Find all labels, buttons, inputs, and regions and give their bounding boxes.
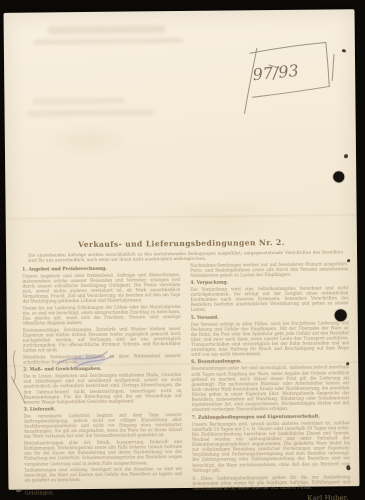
- signature-name: Karl Huber.: [193, 494, 351, 500]
- right-sections: 4. Verpackung.Die Verpackung wird zum Se…: [190, 279, 350, 491]
- terms-section: 5. Versand.Der Versand erfolgt in allen …: [191, 314, 349, 358]
- terms-section: 8. Diese Lieferungsbedingungen gelten fü…: [192, 474, 350, 491]
- section-paragraph: Treten bis zur Lieferung Erhöhungen der …: [23, 304, 181, 326]
- paper-crease: [6, 214, 357, 221]
- section-paragraph: 8. Diese Lieferungsbedingungen gelten fü…: [192, 474, 350, 491]
- section-paragraph: Die in Listen, Angeboten und Zeichnungen…: [23, 372, 181, 404]
- section-paragraph: Unsere Angebote sind stets freibleibend.…: [22, 272, 180, 304]
- document-page: 97/93 Verkaufs- und Lieferungsbedingunge…: [4, 9, 360, 490]
- bleed-through-mark: [26, 97, 154, 116]
- bleed-through-mark: [34, 25, 184, 45]
- bleed-through-line: [34, 38, 184, 45]
- section-paragraph: Unsere Rechnungen sind, soweit nichts an…: [192, 420, 351, 473]
- ink-speck: [341, 49, 346, 53]
- terms-section: 3. Lieferzeit.Die vereinbarte Lieferfris…: [24, 406, 183, 483]
- scan-background: 97/93 Verkaufs- und Lieferungsbedingunge…: [0, 0, 365, 500]
- margin-pencil-mark: [7, 343, 28, 409]
- handwritten-note: 97/93: [238, 34, 341, 121]
- bleed-through-line: [27, 109, 155, 116]
- ink-speck: [347, 259, 350, 262]
- terms-section: 4. Verpackung.Die Verpackung wird zum Se…: [190, 279, 348, 312]
- lead-paragraph: Nachnahme-Sendungen werden nur auf beson…: [190, 261, 348, 278]
- terms-section: 7. Zahlungsbedingungen und Eigentumsvorb…: [192, 414, 351, 473]
- intro-paragraph: Die umstehenden Aufträge werden ausschli…: [28, 249, 343, 262]
- handwritten-number: 97/93: [252, 61, 300, 84]
- terms-section: 6. Beanstandungen.Beanstandungen jeder A…: [191, 359, 350, 413]
- section-paragraph: Die vereinbarte Lieferfrist beginnt mit …: [24, 412, 182, 439]
- terms-right-column: Nachnahme-Sendungen werden nur auf beson…: [190, 261, 350, 470]
- dust-speck: [16, 488, 23, 492]
- section-paragraph: Die Verpackung wird zum Selbstkostenprei…: [190, 285, 348, 312]
- hole-punch: [335, 309, 347, 321]
- document-title: Verkaufs- und Lieferungsbedingungen Nr. …: [6, 237, 357, 250]
- ink-speck: [344, 154, 348, 158]
- place-name: Geislingen.: [25, 489, 183, 497]
- blue-pencil-scribble: [51, 340, 131, 377]
- bleed-through-line: [32, 98, 124, 105]
- hole-punch: [333, 171, 344, 182]
- section-paragraph: Der Versand erfolgt in allen Fällen, auc…: [191, 320, 349, 358]
- section-paragraph: Betriebsstörungen aller Art, Streik, Aus…: [24, 439, 182, 466]
- section-paragraph: Teillieferungen sind zulässig. Verzögert…: [24, 466, 182, 483]
- bleed-through-line: [48, 25, 166, 34]
- section-paragraph: Beanstandungen jeder Art sind unverzügli…: [191, 365, 349, 413]
